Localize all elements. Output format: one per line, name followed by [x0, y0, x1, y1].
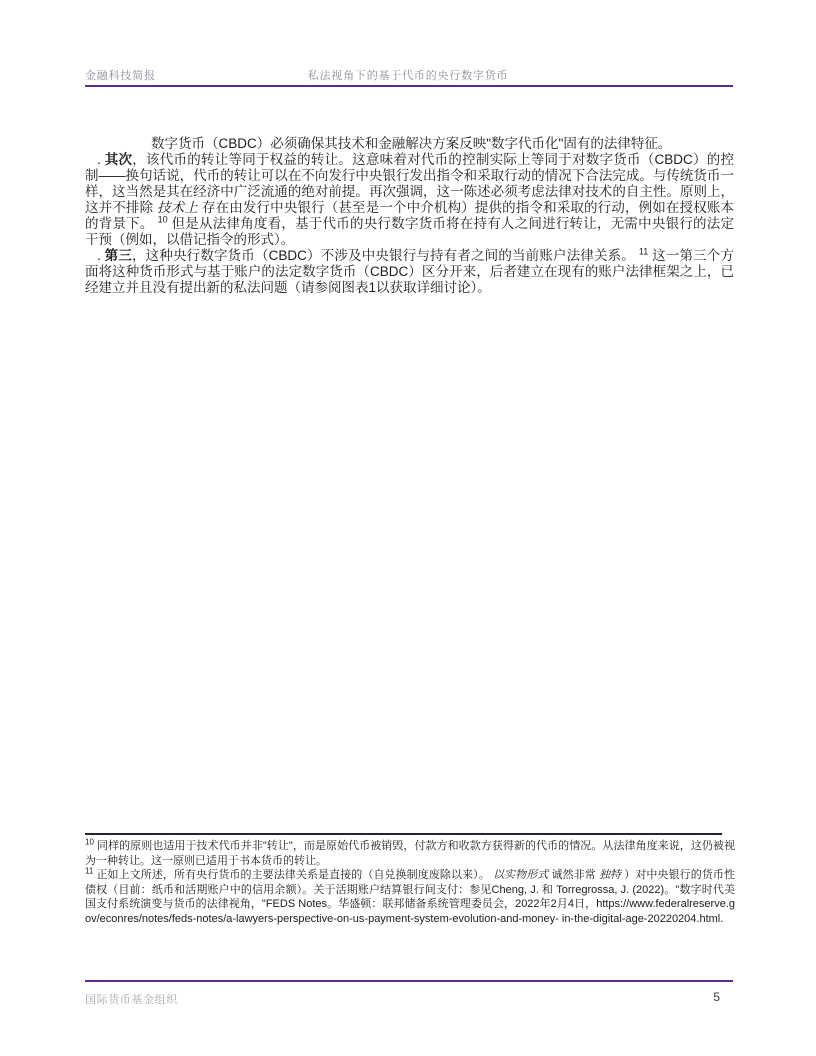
list-marker: . — [97, 248, 105, 263]
page-number: 5 — [713, 990, 720, 1004]
italic-run: 独特 — [599, 869, 621, 881]
footnote-11: 11 正如上文所述，所有央行货币的主要法律关系是直接的（自兑换制度废除以来）。 … — [85, 868, 735, 926]
footnote-text: 同样的原则也适用于技术代币并非"转让"，而是原始代币被销毁，付款方和收款方获得新… — [85, 840, 735, 867]
lead-word-second: 其次 — [105, 152, 133, 167]
lead-word-third: 第三 — [105, 248, 132, 263]
paragraph-third: . 第三，这种央行数字货币（CBDC）不涉及中央银行与持有者之间的当前账户法律关… — [85, 248, 734, 296]
italic-run: 以实物形式 — [493, 869, 548, 881]
footnotes-section: 10 同样的原则也适用于技术代币并非"转让"，而是原始代币被销毁，付款方和收款方… — [85, 839, 735, 926]
paragraph-second: . 其次，该代币的转让等同于权益的转让。这意味着对代币的控制实际上等同于对数字货… — [85, 152, 734, 248]
header-divider — [85, 85, 733, 87]
header-series-title: 金融科技简报 — [85, 67, 156, 83]
footer-divider — [85, 980, 733, 982]
footnote-ref-10: 10 — [158, 215, 168, 225]
footnote-text: 诚然非常 — [548, 869, 599, 881]
text-run: 但是从法律角度看，基于代币的央行数字货币将在持有人之间进行转让，无需中央银行的法… — [85, 216, 734, 247]
footnote-10: 10 同样的原则也适用于技术代币并非"转让"，而是原始代币被销毁，付款方和收款方… — [85, 839, 735, 868]
document-page: 金融科技简报 私法视角下的基于代币的央行数字货币 数字货币（CBDC）必须确保其… — [0, 0, 816, 1056]
footnote-text: 正如上文所述，所有央行货币的主要法律关系是直接的（自兑换制度废除以来）。 — [93, 869, 493, 881]
document-body: 数字货币（CBDC）必须确保其技术和金融解决方案反映"数字代币化"固有的法律特征… — [85, 136, 734, 296]
footnote-ref-11: 11 — [639, 247, 648, 257]
footnote-divider — [85, 833, 722, 835]
paragraph-intro: 数字货币（CBDC）必须确保其技术和金融解决方案反映"数字代币化"固有的法律特征… — [85, 136, 734, 152]
footer-organization: 国际货币基金组织 — [85, 991, 178, 1007]
text-run: ，这种央行数字货币（CBDC）不涉及中央银行与持有者之间的当前账户法律关系。 — [132, 248, 639, 263]
italic-run: 技术上 — [157, 200, 198, 215]
header-document-title: 私法视角下的基于代币的央行数字货币 — [308, 67, 509, 83]
footnote-number-10: 10 — [85, 837, 94, 846]
list-marker: . — [97, 152, 105, 167]
